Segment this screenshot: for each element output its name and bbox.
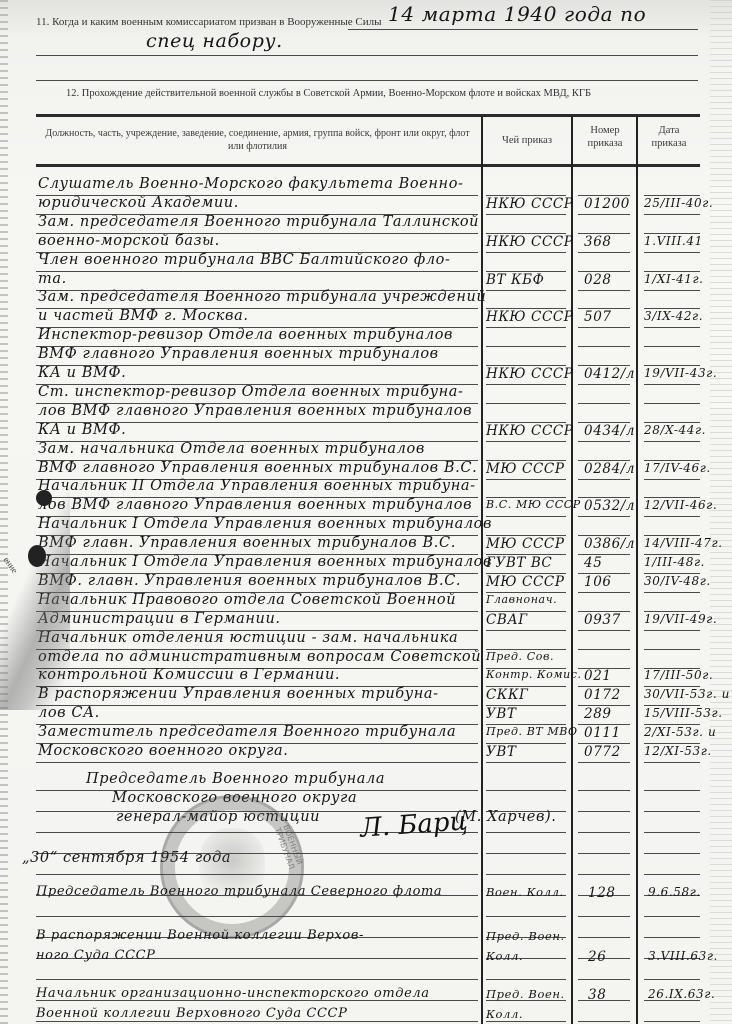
ruled-line: [578, 790, 630, 791]
whose-order-cell: МЮ СССР: [486, 574, 565, 590]
order-number-cell: 0772: [584, 744, 621, 760]
table-top-border: [36, 114, 700, 117]
order-number-cell: 028: [584, 272, 612, 288]
position-text: военно-морской базы.: [38, 233, 220, 249]
ruled-line: [486, 874, 566, 875]
order-number-cell: 0284/л: [584, 461, 635, 477]
ruled-line: [486, 630, 566, 631]
item11-value-line1: 14 марта 1940 года по: [388, 2, 646, 26]
later-order-date-cell: 26.IX.63г.: [648, 987, 715, 1001]
ruled-line: [486, 384, 566, 385]
ruled-line: [486, 290, 566, 291]
ruled-line: [486, 853, 566, 854]
ruled-line: [486, 403, 566, 404]
order-date-cell: 30/IV-48г.: [644, 574, 711, 588]
later-order-date-cell: 9.6.58г.: [648, 885, 701, 899]
ruled-line: [578, 630, 630, 631]
whose-order-cell: НКЮ СССР: [486, 366, 574, 382]
order-number-cell: 0532/л: [584, 498, 635, 514]
whose-order-cell: МЮ СССР: [486, 461, 565, 477]
position-text: Член военного трибунала ВВС Балтийского …: [38, 252, 451, 268]
ruled-line: [644, 874, 700, 875]
whose-order-cell: УВТ: [486, 706, 516, 722]
ruled-line: [644, 252, 700, 253]
ruled-line: [644, 403, 700, 404]
header-order-number-l1: Номер: [574, 124, 636, 137]
ruled-line: [644, 853, 700, 854]
later-order-date-cell: 3.VIII.63г.: [648, 949, 718, 963]
ruled-line: [578, 811, 630, 812]
whose-order-cell: НКЮ СССР: [486, 309, 574, 325]
item11-underline-3: [36, 80, 698, 81]
position-text: Начальник отделения юстиции - зам. начал…: [38, 630, 458, 646]
later-position-text: Военной коллегии Верховного Суда СССР: [36, 1006, 347, 1021]
ruled-line: [644, 979, 700, 980]
order-number-cell: 507: [584, 309, 612, 325]
header-order-number: Номер приказа: [574, 124, 636, 150]
later-order-number-cell: 38: [588, 987, 606, 1003]
ruled-line: [578, 649, 630, 650]
ruled-line: [486, 762, 566, 763]
ruled-line: [486, 252, 566, 253]
ruled-line: [578, 214, 630, 215]
punch-hole-1: [36, 490, 52, 506]
order-date-cell: 17/IV-46г.: [644, 461, 711, 475]
position-text: Ст. инспектор-ревизор Отдела военных три…: [38, 384, 464, 400]
ruled-line: [644, 516, 700, 517]
ruled-line: [36, 271, 478, 272]
ruled-line: [578, 403, 630, 404]
later-position-text: Начальник организационно-инспекторского …: [36, 986, 430, 1001]
position-text: Зам. председателя Военного трибунала Тал…: [38, 214, 479, 230]
order-date-cell: 12/XI-53г.: [644, 744, 712, 758]
ruled-line: [578, 832, 630, 833]
later-whose-order-cell: Воен. Колл.: [486, 885, 564, 899]
order-number-cell: 289: [584, 706, 612, 722]
whose-order-cell: УВТ: [486, 744, 516, 760]
header-order-date-l2: приказа: [638, 137, 700, 150]
later-whose-order-cell: Пред. Воен.: [486, 929, 565, 943]
punch-hole-2: [28, 545, 46, 567]
ruled-line: [578, 979, 630, 980]
header-position: Должность, часть, учреждение, заведение,…: [40, 127, 475, 153]
ruled-line: [578, 479, 630, 480]
whose-order-cell: СВАГ: [486, 612, 528, 628]
ruled-line: [578, 516, 630, 517]
position-text: В распоряжении Управления военных трибун…: [38, 686, 439, 702]
ruled-line: [644, 762, 700, 763]
ruled-line: [644, 937, 700, 938]
whose-order-cell: В.С. МЮ СССР: [486, 498, 581, 511]
item11-value-line2: спец набору.: [146, 30, 283, 52]
ruled-line: [578, 327, 630, 328]
ruled-line: [486, 516, 566, 517]
whose-order-cell: НКЮ СССР: [486, 196, 574, 212]
whose-order-cell: СККГ: [486, 687, 529, 703]
ruled-line: [644, 649, 700, 650]
order-number-cell: 0172: [584, 687, 621, 703]
ruled-line: [486, 916, 566, 917]
header-order-number-l2: приказа: [574, 137, 636, 150]
cert-name: (М. Харчев).: [455, 809, 556, 825]
order-date-cell: 25/III-40г.: [644, 196, 713, 210]
order-number-cell: 45: [584, 555, 602, 571]
later-order-number-cell: 26: [588, 949, 606, 965]
header-order-date-l1: Дата: [638, 124, 700, 137]
position-text: лов ВМФ главного Управления военных триб…: [38, 497, 472, 513]
item11-underline-2: [36, 55, 698, 56]
ruled-line: [578, 592, 630, 593]
whose-order-cell: НКЮ СССР: [486, 234, 574, 250]
col-divider-3: [636, 116, 638, 1024]
position-text: Начальник I Отдела Управления военных тр…: [38, 516, 492, 532]
ruled-line: [644, 790, 700, 791]
ruled-line: [644, 479, 700, 480]
position-text: Администрации в Германии.: [38, 611, 281, 627]
position-text: Начальник Правового отдела Советской Вое…: [38, 592, 456, 608]
ruled-line: [644, 214, 700, 215]
ruled-line: [578, 346, 630, 347]
ruled-line: [644, 811, 700, 812]
order-number-cell: 021: [584, 668, 612, 684]
whose-order-cell: ГУВТ ВС: [486, 555, 552, 571]
ruled-line: [486, 214, 566, 215]
whose-order-cell: НКЮ СССР: [486, 423, 574, 439]
ruled-line: [578, 252, 630, 253]
position-text: отдела по административным вопросам Сове…: [38, 649, 481, 665]
order-date-cell: 15/VIII-53г.: [644, 706, 723, 720]
later-whose-order-cell: Пред. Воен.: [486, 987, 565, 1001]
ruled-line: [644, 327, 700, 328]
position-text: та.: [38, 271, 67, 287]
col-divider-2: [571, 116, 573, 1024]
ruled-line: [486, 479, 566, 480]
whose-order-cell: ВТ КБФ: [486, 272, 544, 288]
whose-order-cell: Главнонач.: [486, 593, 557, 606]
later-position-text: ного Суда СССР: [36, 948, 156, 963]
ruled-line: [486, 327, 566, 328]
later-whose-order-cell: Колл.: [486, 949, 523, 963]
order-number-cell: 0111: [584, 725, 621, 741]
later-position-text: Председатель Военного трибунала Северног…: [36, 884, 442, 899]
position-text: Начальник II Отдела Управления военных т…: [38, 478, 476, 494]
ruled-line: [486, 979, 566, 980]
position-text: КА и ВМФ.: [38, 365, 126, 381]
whose-order-cell: Пред. ВТ МВО: [486, 725, 578, 738]
cert-line1: Председатель Военного трибунала: [86, 771, 385, 787]
paper-fold-shadow: [0, 480, 70, 710]
order-number-cell: 0412/л: [584, 366, 635, 382]
ruled-line: [486, 346, 566, 347]
ruled-line: [486, 832, 566, 833]
order-number-cell: 0937: [584, 612, 621, 628]
order-number-cell: 106: [584, 574, 612, 590]
order-date-cell: 19/VII-43г.: [644, 366, 717, 380]
signature: Л. Барц: [359, 806, 468, 843]
ruled-line: [578, 762, 630, 763]
position-text: Московского военного округа.: [38, 743, 288, 759]
whose-order-cell: Контр. Комис.: [486, 668, 582, 681]
ruled-line: [644, 346, 700, 347]
item12-title: 12. Прохождение действительной военной с…: [66, 88, 591, 99]
position-text: ВМФ главного Управления военных трибунал…: [38, 460, 477, 476]
position-text: Слушатель Военно-Морского факультета Вое…: [38, 176, 464, 192]
ruled-line: [644, 592, 700, 593]
position-text: юридической Академии.: [38, 195, 239, 211]
later-whose-order-cell: Колл.: [486, 1007, 523, 1021]
position-text: контрольной Комиссии в Германии.: [38, 667, 340, 683]
item11-label: 11. Когда и каким военным комиссариатом …: [36, 16, 382, 28]
order-date-cell: 12/VII-46г.: [644, 498, 717, 512]
order-number-cell: 0386/л: [584, 536, 635, 552]
official-seal-stamp: ВОЕННЫЙ ТРИБУНАЛ: [160, 795, 304, 939]
position-text: Зам. председателя Военного трибунала учр…: [38, 289, 486, 305]
document-page: 11. Когда и каким военным комиссариатом …: [0, 0, 732, 1024]
order-number-cell: 368: [584, 234, 612, 250]
whose-order-cell: Пред. Сов.: [486, 650, 554, 663]
ruled-line: [486, 441, 566, 442]
order-number-cell: 0434/л: [584, 423, 635, 439]
ruled-line: [486, 1021, 566, 1022]
position-text: Заместитель председателя Военного трибун…: [38, 724, 456, 740]
col-divider-1: [481, 116, 483, 1024]
ruled-line: [578, 290, 630, 291]
order-date-cell: 30/VII-53г. и: [644, 687, 730, 701]
header-whose-order: Чей приказ: [483, 134, 571, 147]
ruled-line: [578, 1021, 630, 1022]
position-text: КА и ВМФ.: [38, 422, 126, 438]
order-number-cell: 01200: [584, 196, 630, 212]
ruled-line: [644, 1021, 700, 1022]
position-text: лов ВМФ главного Управления военных триб…: [38, 403, 472, 419]
position-text: и частей ВМФ г. Москва.: [38, 308, 249, 324]
position-text: ВМФ главн. Управления военных трибуналов…: [38, 535, 456, 551]
ruled-line: [578, 384, 630, 385]
ruled-line: [486, 790, 566, 791]
ruled-line: [36, 762, 478, 763]
later-order-number-cell: 128: [588, 885, 616, 901]
order-date-cell: 28/X-44г.: [644, 423, 706, 437]
ruled-line: [578, 937, 630, 938]
order-date-cell: 19/VII-49г.: [644, 612, 717, 626]
ruled-line: [578, 853, 630, 854]
order-date-cell: 1/III-48г.: [644, 555, 705, 569]
ruled-line: [578, 441, 630, 442]
position-text: Начальник I Отдела Управления военных тр…: [38, 554, 492, 570]
table-header-bottom-border: [36, 164, 700, 167]
whose-order-cell: МЮ СССР: [486, 536, 565, 552]
ruled-line: [644, 916, 700, 917]
order-date-cell: 17/III-50г.: [644, 668, 713, 682]
ruled-line: [36, 705, 478, 706]
ruled-line: [36, 979, 478, 980]
position-text: Зам. начальника Отдела военных трибунало…: [38, 441, 425, 457]
order-date-cell: 14/VIII-47г.: [644, 536, 723, 550]
order-date-cell: 2/XI-53г. и: [644, 725, 716, 739]
ruled-line: [644, 630, 700, 631]
stamp-text: ВОЕННЫЙ ТРИБУНАЛ: [273, 823, 305, 870]
position-text: ВМФ. главн. Управления военных трибунало…: [38, 573, 461, 589]
order-date-cell: 3/IX-42г.: [644, 309, 703, 323]
ruled-line: [644, 832, 700, 833]
ruled-line: [644, 441, 700, 442]
ruled-line: [578, 916, 630, 917]
item11-underline-1: [348, 29, 698, 30]
order-date-cell: 1/XI-41г.: [644, 272, 704, 286]
order-date-cell: 1.VIII.41: [644, 234, 703, 248]
ruled-line: [644, 290, 700, 291]
ruled-line: [578, 874, 630, 875]
header-order-date: Дата приказа: [638, 124, 700, 150]
later-position-text: В распоряжении Военной коллегии Верхов-: [36, 928, 364, 943]
position-text: Инспектор-ревизор Отдела военных трибуна…: [38, 327, 453, 343]
ruled-line: [644, 384, 700, 385]
ruled-line: [36, 1021, 478, 1022]
position-text: ВМФ главного Управления военных трибунал…: [38, 346, 439, 362]
